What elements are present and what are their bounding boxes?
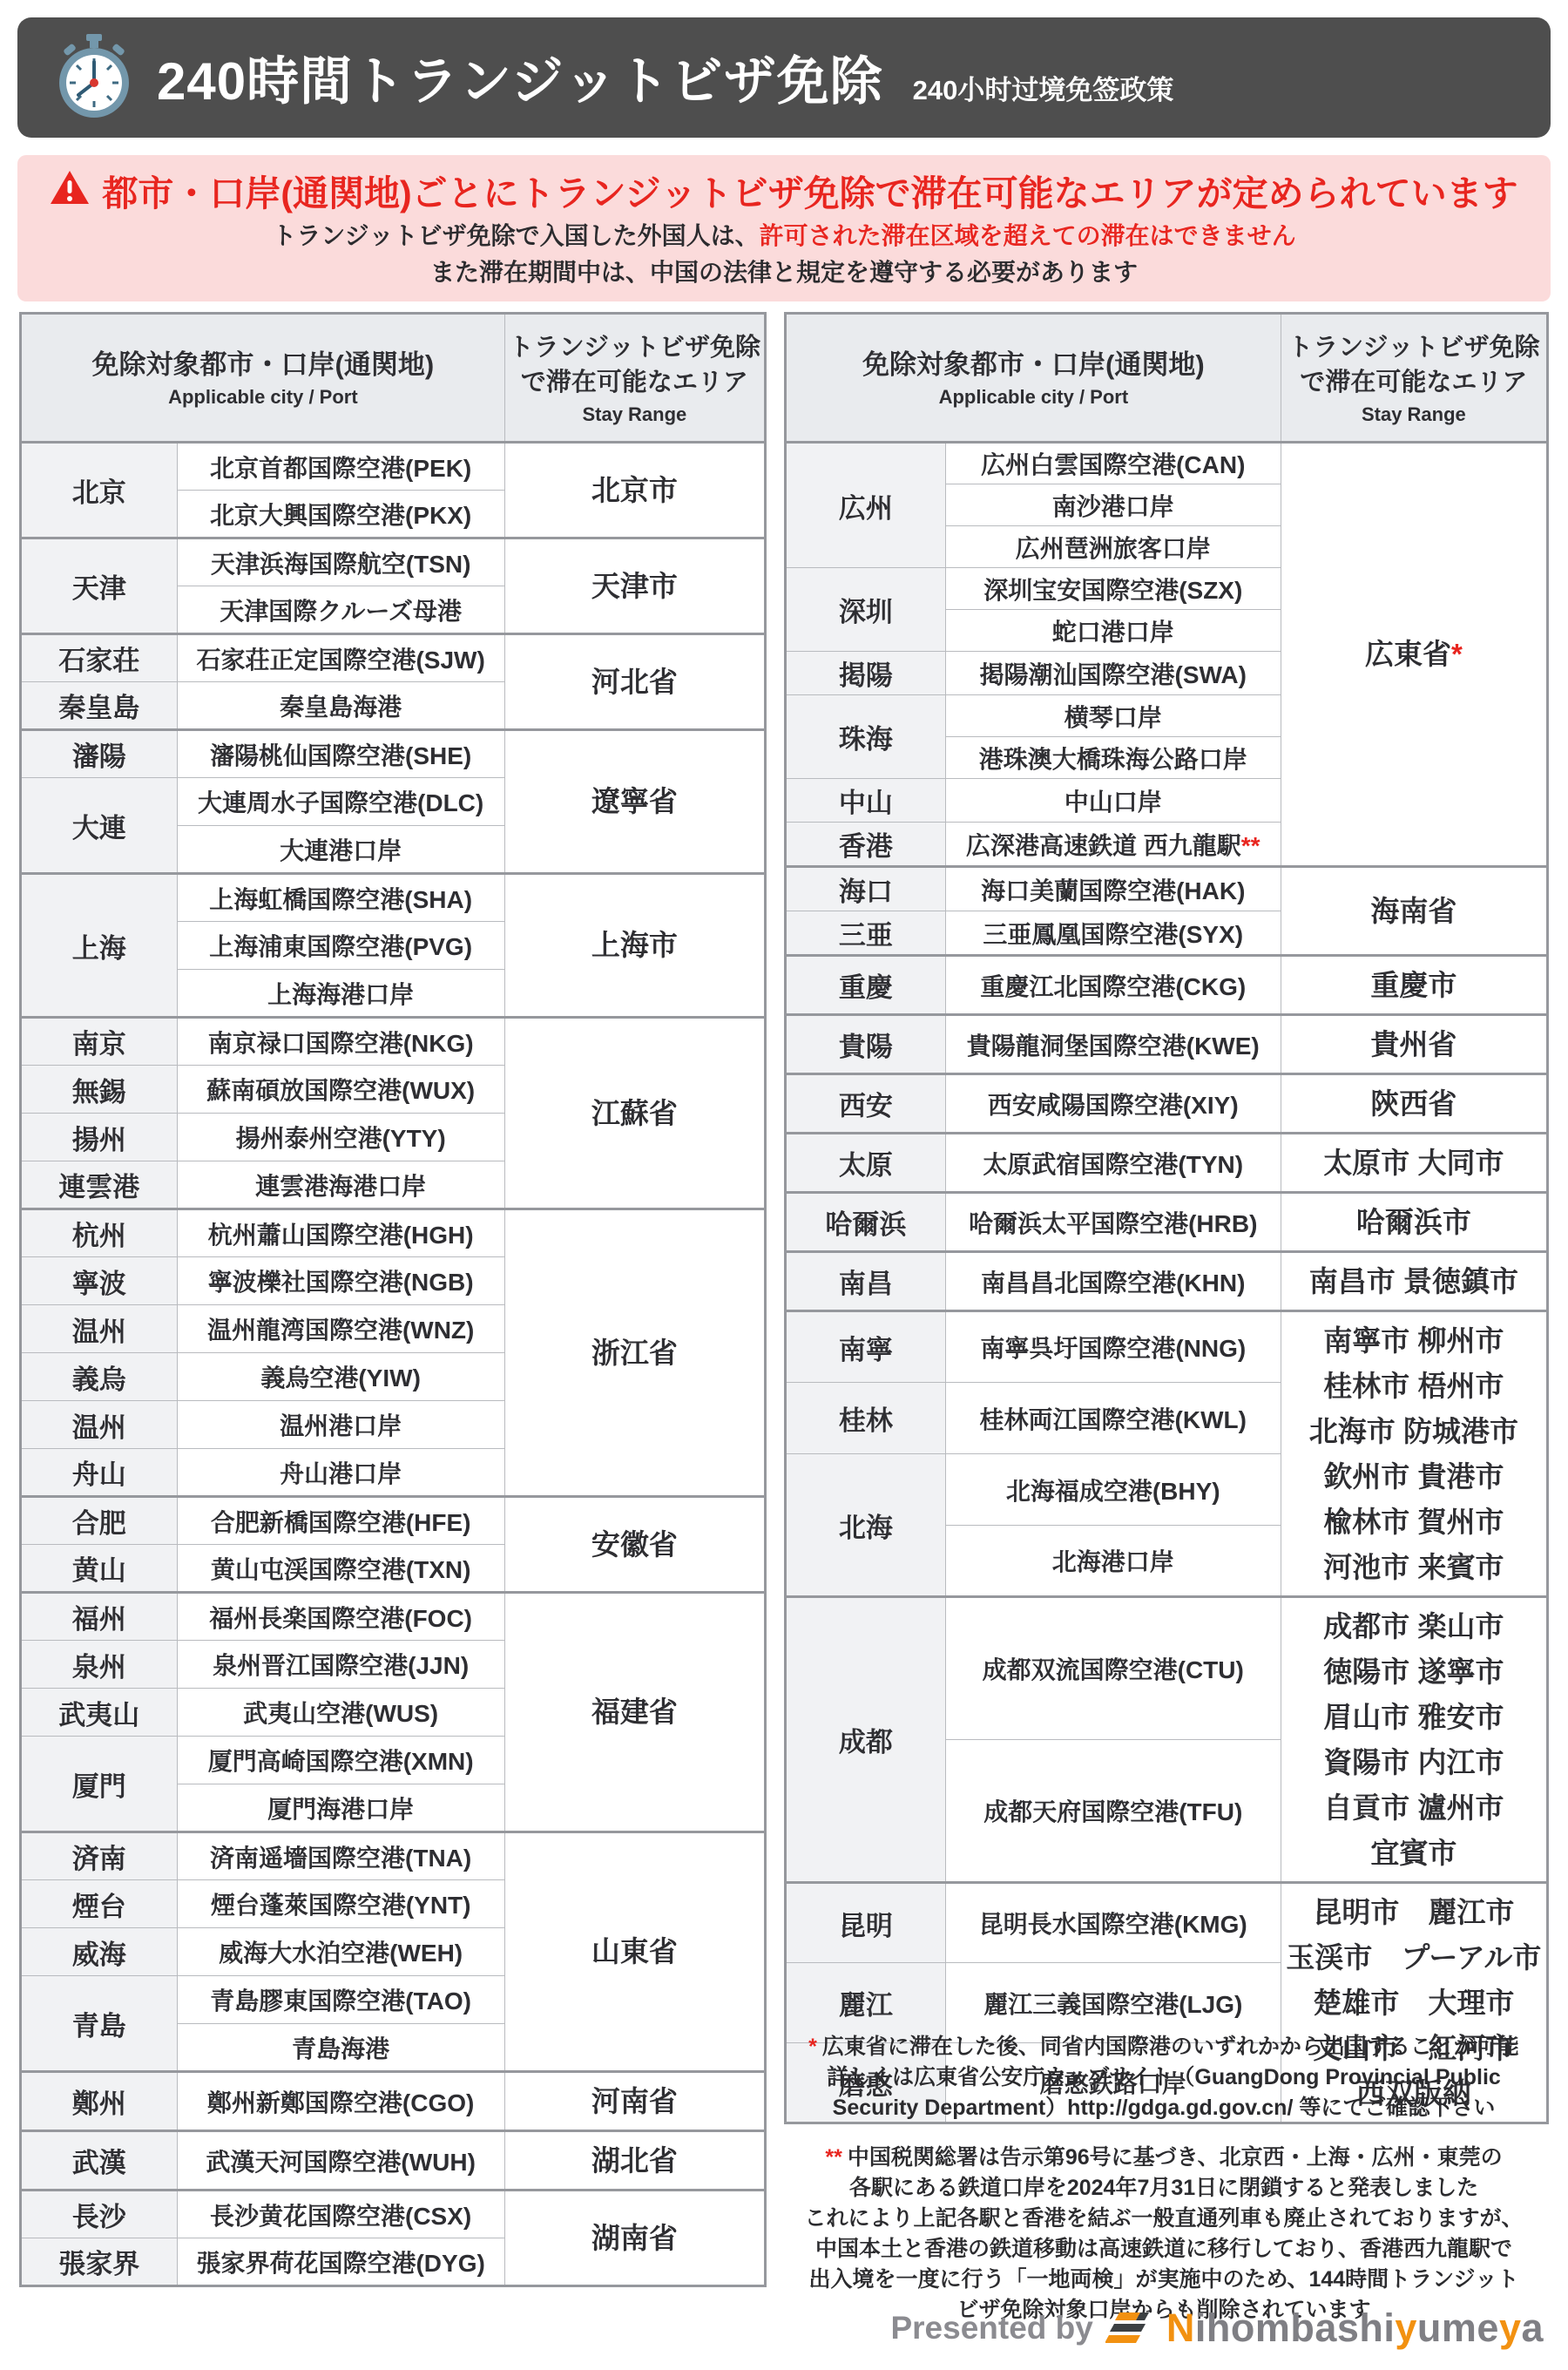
- stay-cell: 河北省: [504, 634, 765, 730]
- stay-cell: 陝西省: [1281, 1074, 1547, 1134]
- stay-cell: 福建省: [504, 1593, 765, 1832]
- port-cell: 長沙黄花国際空港(CSX): [177, 2191, 504, 2238]
- footnotes: *広東省に滞在した後、同省内国際港のいずれかから出国することが可能 詳しくは広東…: [774, 2032, 1554, 2345]
- port-cell: 義烏空港(YIW): [177, 1353, 504, 1401]
- port-cell: 大連港口岸: [177, 826, 504, 874]
- stay-cell: 遼寧省: [504, 730, 765, 874]
- stay-cell: 南昌市 景徳鎮市: [1281, 1252, 1547, 1311]
- port-cell: 済南遥墻国際空港(TNA): [177, 1832, 504, 1880]
- stay-cell: 北京市: [504, 443, 765, 538]
- port-cell: 揚州泰州空港(YTY): [177, 1114, 504, 1161]
- stay-cell: 上海市: [504, 874, 765, 1018]
- stay-cell: 安徽省: [504, 1497, 765, 1593]
- port-cell: 温州港口岸: [177, 1401, 504, 1449]
- port-cell: 哈爾浜太平国際空港(HRB): [945, 1193, 1281, 1252]
- port-cell: 三亜鳳凰国際空港(SYX): [945, 911, 1281, 956]
- stopwatch-icon: [51, 32, 138, 123]
- city-cell: 秦皇島: [21, 682, 178, 730]
- city-cell: 昆明: [786, 1883, 946, 1963]
- port-cell: 成都天府国際空港(TFU): [945, 1740, 1281, 1883]
- port-cell: 福州長楽国際空港(FOC): [177, 1593, 504, 1641]
- city-cell: 舟山: [21, 1449, 178, 1497]
- port-cell: 麗江三義国際空港(LJG): [945, 1963, 1281, 2043]
- city-cell: 大連: [21, 778, 178, 874]
- titlebar: 240時間トランジットビザ免除 240小时过境免签政策: [17, 17, 1551, 138]
- brand-wordmark: Nihombashiyumeya: [1166, 2306, 1544, 2351]
- port-cell: 蛇口港口岸: [945, 610, 1281, 652]
- city-cell: 温州: [21, 1305, 178, 1353]
- port-cell: 広深港高速鉄道 西九龍駅**: [945, 823, 1281, 867]
- port-cell: 張家界荷花国際空港(DYG): [177, 2238, 504, 2286]
- city-cell: 鄭州: [21, 2072, 178, 2131]
- city-cell: 広州: [786, 443, 946, 568]
- port-cell: 厦門海港口岸: [177, 1784, 504, 1832]
- city-cell: 哈爾浜: [786, 1193, 946, 1252]
- visa-table-left: 免除対象都市・口岸(通関地)Applicable city / Portトランジ…: [19, 312, 767, 2287]
- city-cell: 温州: [21, 1401, 178, 1449]
- stay-cell: 山東省: [504, 1832, 765, 2072]
- warning-heading: 都市・口岸(通関地)ごとにトランジットビザ免除で滞在可能なエリアが定められていま…: [17, 169, 1551, 218]
- stay-cell: 江蘇省: [504, 1018, 765, 1209]
- port-cell: 上海虹橋国際空港(SHA): [177, 874, 504, 922]
- city-cell: 石家荘: [21, 634, 178, 682]
- city-cell: 済南: [21, 1832, 178, 1880]
- stay-cell: 太原市 大同市: [1281, 1134, 1547, 1193]
- port-cell: 広州白雲国際空港(CAN): [945, 443, 1281, 484]
- city-cell: 三亜: [786, 911, 946, 956]
- visa-table-right: 免除対象都市・口岸(通関地)Applicable city / Portトランジ…: [784, 312, 1549, 2124]
- port-cell: 中山口岸: [945, 779, 1281, 823]
- port-cell: 北京大興国際空港(PKX): [177, 491, 504, 538]
- city-cell: 厦門: [21, 1737, 178, 1832]
- stay-cell: 広東省*: [1281, 443, 1547, 867]
- city-cell: 南京: [21, 1018, 178, 1066]
- page-subtitle: 240小时过境免签政策: [913, 68, 1174, 107]
- page: { "header": { "title": "240時間トランジットビザ免除"…: [0, 0, 1568, 2370]
- port-cell: 大連周水子国際空港(DLC): [177, 778, 504, 826]
- city-cell: 泉州: [21, 1641, 178, 1689]
- port-cell: 武漢天河国際空港(WUH): [177, 2131, 504, 2191]
- port-cell: 掲陽潮汕国際空港(SWA): [945, 652, 1281, 695]
- stay-cell: 河南省: [504, 2072, 765, 2131]
- city-cell: 北海: [786, 1454, 946, 1597]
- port-cell: 武夷山空港(WUS): [177, 1689, 504, 1737]
- port-cell: 天津国際クルーズ母港: [177, 586, 504, 634]
- city-cell: 太原: [786, 1134, 946, 1193]
- city-cell: 海口: [786, 867, 946, 911]
- city-cell: 南寧: [786, 1311, 946, 1383]
- city-cell: 連雲港: [21, 1161, 178, 1209]
- city-cell: 長沙: [21, 2191, 178, 2238]
- port-cell: 上海海港口岸: [177, 970, 504, 1018]
- port-cell: 南沙港口岸: [945, 484, 1281, 526]
- city-cell: 成都: [786, 1597, 946, 1883]
- port-cell: 秦皇島海港: [177, 682, 504, 730]
- footnote: *広東省に滞在した後、同省内国際港のいずれかから出国することが可能 詳しくは広東…: [774, 2032, 1554, 2123]
- city-cell: 寧波: [21, 1257, 178, 1305]
- port-cell: 深圳宝安国際空港(SZX): [945, 568, 1281, 610]
- port-cell: 青島海港: [177, 2024, 504, 2072]
- port-cell: 港珠澳大橋珠海公路口岸: [945, 737, 1281, 779]
- port-cell: 昆明長水国際空港(KMG): [945, 1883, 1281, 1963]
- city-cell: 珠海: [786, 695, 946, 779]
- port-cell: 北京首都国際空港(PEK): [177, 443, 504, 491]
- stay-cell: 南寧市 柳州市 桂林市 梧州市 北海市 防城港市 欽州市 貴港市 楡林市 賀州市…: [1281, 1311, 1547, 1597]
- stay-range-header: トランジットビザ免除 で滞在可能なエリアStay Range: [504, 314, 765, 443]
- port-cell: 横琴口岸: [945, 695, 1281, 737]
- port-cell: 天津浜海国際航空(TSN): [177, 538, 504, 586]
- port-cell: 太原武宿国際空港(TYN): [945, 1134, 1281, 1193]
- stay-cell: 湖南省: [504, 2191, 765, 2286]
- stay-cell: 浙江省: [504, 1209, 765, 1497]
- port-cell: 北海港口岸: [945, 1526, 1281, 1597]
- presented-by-label: Presented by: [890, 2310, 1092, 2346]
- port-cell: 瀋陽桃仙国際空港(SHE): [177, 730, 504, 778]
- city-port-header: 免除対象都市・口岸(通関地)Applicable city / Port: [786, 314, 1281, 443]
- city-cell: 西安: [786, 1074, 946, 1134]
- port-cell: 南寧呉圩国際空港(NNG): [945, 1311, 1281, 1383]
- brand-footer: Presented by Nihombashiyumeya: [890, 2300, 1544, 2356]
- city-cell: 煙台: [21, 1880, 178, 1928]
- city-cell: 無錫: [21, 1066, 178, 1114]
- city-cell: 貴陽: [786, 1015, 946, 1074]
- port-cell: 海口美蘭国際空港(HAK): [945, 867, 1281, 911]
- port-cell: 南京禄口国際空港(NKG): [177, 1018, 504, 1066]
- stay-cell: 海南省: [1281, 867, 1547, 956]
- city-cell: 瀋陽: [21, 730, 178, 778]
- city-cell: 天津: [21, 538, 178, 634]
- port-cell: 桂林両江国際空港(KWL): [945, 1383, 1281, 1454]
- port-cell: 広州琶洲旅客口岸: [945, 526, 1281, 568]
- city-cell: 中山: [786, 779, 946, 823]
- city-cell: 義烏: [21, 1353, 178, 1401]
- city-cell: 福州: [21, 1593, 178, 1641]
- port-cell: 成都双流国際空港(CTU): [945, 1597, 1281, 1740]
- city-cell: 深圳: [786, 568, 946, 652]
- stay-cell: 貴州省: [1281, 1015, 1547, 1074]
- warning-box: 都市・口岸(通関地)ごとにトランジットビザ免除で滞在可能なエリアが定められていま…: [17, 155, 1551, 301]
- port-cell: 蘇南碩放国際空港(WUX): [177, 1066, 504, 1114]
- warning-line2: トランジットビザ免除で入国した外国人は、許可された滞在区域を超えての滞在はできま…: [17, 218, 1551, 254]
- port-cell: 煙台蓬萊国際空港(YNT): [177, 1880, 504, 1928]
- port-cell: 黄山屯渓国際空港(TXN): [177, 1545, 504, 1593]
- city-cell: 武夷山: [21, 1689, 178, 1737]
- port-cell: 寧波櫟社国際空港(NGB): [177, 1257, 504, 1305]
- city-cell: 北京: [21, 443, 178, 538]
- stay-range-header: トランジットビザ免除 で滞在可能なエリアStay Range: [1281, 314, 1547, 443]
- city-cell: 南昌: [786, 1252, 946, 1311]
- port-cell: 北海福成空港(BHY): [945, 1454, 1281, 1526]
- stay-cell: 湖北省: [504, 2131, 765, 2191]
- port-cell: 鄭州新鄭国際空港(CGO): [177, 2072, 504, 2131]
- warning-triangle-icon: [50, 169, 90, 218]
- stay-cell: 重慶市: [1281, 956, 1547, 1015]
- city-cell: 杭州: [21, 1209, 178, 1257]
- port-cell: 西安咸陽国際空港(XIY): [945, 1074, 1281, 1134]
- port-cell: 温州龍湾国際空港(WNZ): [177, 1305, 504, 1353]
- city-cell: 上海: [21, 874, 178, 1018]
- port-cell: 上海浦東国際空港(PVG): [177, 922, 504, 970]
- stay-cell: 天津市: [504, 538, 765, 634]
- city-cell: 武漢: [21, 2131, 178, 2191]
- port-cell: 重慶江北国際空港(CKG): [945, 956, 1281, 1015]
- port-cell: 威海大水泊空港(WEH): [177, 1928, 504, 1976]
- city-cell: 麗江: [786, 1963, 946, 2043]
- port-cell: 舟山港口岸: [177, 1449, 504, 1497]
- city-cell: 張家界: [21, 2238, 178, 2286]
- stay-cell: 哈爾浜市: [1281, 1193, 1547, 1252]
- stay-cell: 成都市 楽山市 徳陽市 遂寧市 眉山市 雅安市 資陽市 内江市 自貢市 瀘州市 …: [1281, 1597, 1547, 1883]
- port-cell: 青島膠東国際空港(TAO): [177, 1976, 504, 2024]
- port-cell: 泉州晋江国際空港(JJN): [177, 1641, 504, 1689]
- city-cell: 揚州: [21, 1114, 178, 1161]
- port-cell: 合肥新橋国際空港(HFE): [177, 1497, 504, 1545]
- port-cell: 厦門高崎国際空港(XMN): [177, 1737, 504, 1784]
- city-cell: 合肥: [21, 1497, 178, 1545]
- city-cell: 青島: [21, 1976, 178, 2072]
- city-cell: 桂林: [786, 1383, 946, 1454]
- city-cell: 掲陽: [786, 652, 946, 695]
- page-title: 240時間トランジットビザ免除: [157, 40, 883, 115]
- footnote: **中国税関総署は告示第96号に基づき、北京西・上海・広州・東莞の 各駅にある鉄…: [774, 2143, 1554, 2326]
- port-cell: 連雲港海港口岸: [177, 1161, 504, 1209]
- city-cell: 威海: [21, 1928, 178, 1976]
- port-cell: 杭州蕭山国際空港(HGH): [177, 1209, 504, 1257]
- city-cell: 香港: [786, 823, 946, 867]
- city-port-header: 免除対象都市・口岸(通関地)Applicable city / Port: [21, 314, 505, 443]
- brand-logo-icon: [1105, 2307, 1154, 2349]
- city-cell: 黄山: [21, 1545, 178, 1593]
- port-cell: 貴陽龍洞堡国際空港(KWE): [945, 1015, 1281, 1074]
- city-cell: 重慶: [786, 956, 946, 1015]
- port-cell: 石家荘正定国際空港(SJW): [177, 634, 504, 682]
- warning-line3: また滞在期間中は、中国の法律と規定を遵守する必要があります: [17, 254, 1551, 291]
- port-cell: 南昌昌北国際空港(KHN): [945, 1252, 1281, 1311]
